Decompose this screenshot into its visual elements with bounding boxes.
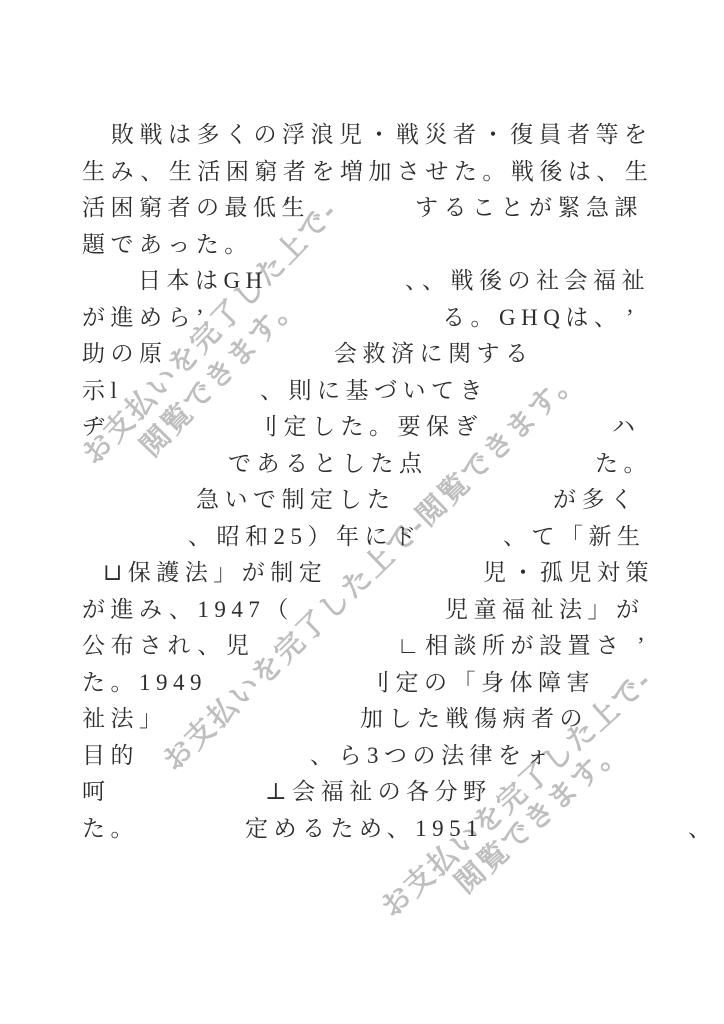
text-line-segment: 公布され、児 (82, 633, 254, 659)
text-line-segment: が多く (553, 487, 639, 513)
text-line-segment: 、昭和25）年にド (188, 524, 422, 550)
text-line-segment: ハ (612, 414, 641, 440)
text-line-segment: た。1949 (82, 670, 207, 696)
text-line-segment: 会救済に関する (334, 341, 534, 367)
text-line-segment: 、て「新生 (503, 524, 646, 550)
text-line-segment: 、、戦後の社会福祉 (405, 268, 650, 294)
text-line-segment: 急いで制定した (196, 487, 396, 513)
text-line-segment: 活困窮者の最低生 (82, 195, 310, 221)
document-body: 敗戦は多くの浮浪児・戦災者・復員者等を生み、生活困窮者を増加させた。戦後は、生活… (0, 0, 724, 1024)
text-line-segment: た。 (82, 816, 139, 842)
text-line-segment: することが緊急課 (415, 195, 643, 221)
text-line-segment: 児童福祉法」が (445, 597, 645, 623)
text-line-segment: ⊔保護法」が制定 (103, 560, 327, 586)
text-line-segment: ’ (626, 305, 639, 331)
document-page: お支払いを完了した上で-閲覧できます。お支払いを完了した上で-閲覧できます。お支… (0, 0, 724, 1024)
text-line-segment: 示l (82, 378, 122, 404)
text-line-segment: ∟相談所が設置さ (397, 633, 625, 659)
text-line-segment: 助の原 (82, 341, 168, 367)
text-line-segment: 刂定の「身体障害 (367, 670, 595, 696)
text-line-segment: ’ (283, 195, 296, 221)
text-line-segment: 祉法」 (82, 706, 168, 732)
text-line-segment: 敗戦は多くの浮浪児・戦災者・復員者等を (111, 122, 653, 148)
text-line-segment: 定めるため、1951 (245, 816, 483, 842)
text-line-segment: 、ら3つの法律をォ (310, 743, 555, 769)
text-line-segment: であるとした点 (228, 451, 428, 477)
text-line-segment: ヂ (82, 414, 111, 440)
text-line-segment: 題であった。 (82, 232, 253, 258)
text-line-segment: 、 (688, 816, 717, 842)
text-line-segment: ’ (637, 633, 650, 659)
text-line-segment: ⊥会福祉の各分野 (265, 779, 492, 805)
text-line-segment: る。GHQは、 (442, 305, 622, 331)
text-line-segment: 刂定した。要保ぎ (255, 414, 483, 440)
text-line-segment: 、則に基づいてき (260, 378, 488, 404)
text-line-segment: 児・孤児対策 (483, 560, 654, 586)
text-line-segment: 目的 (82, 743, 139, 769)
text-line-segment: 生み、生活困窮者を増加させた。戦後は、生 (82, 159, 653, 185)
text-line-segment: た。 (595, 451, 652, 477)
text-line-segment: が進めら’ (82, 305, 209, 331)
text-line-segment: 日本はGH (138, 268, 268, 294)
text-line-segment: が進み、1947（ (82, 597, 294, 623)
text-line-segment: 加した戦傷病者の (360, 706, 588, 732)
text-line-segment: 呵 (82, 779, 111, 805)
